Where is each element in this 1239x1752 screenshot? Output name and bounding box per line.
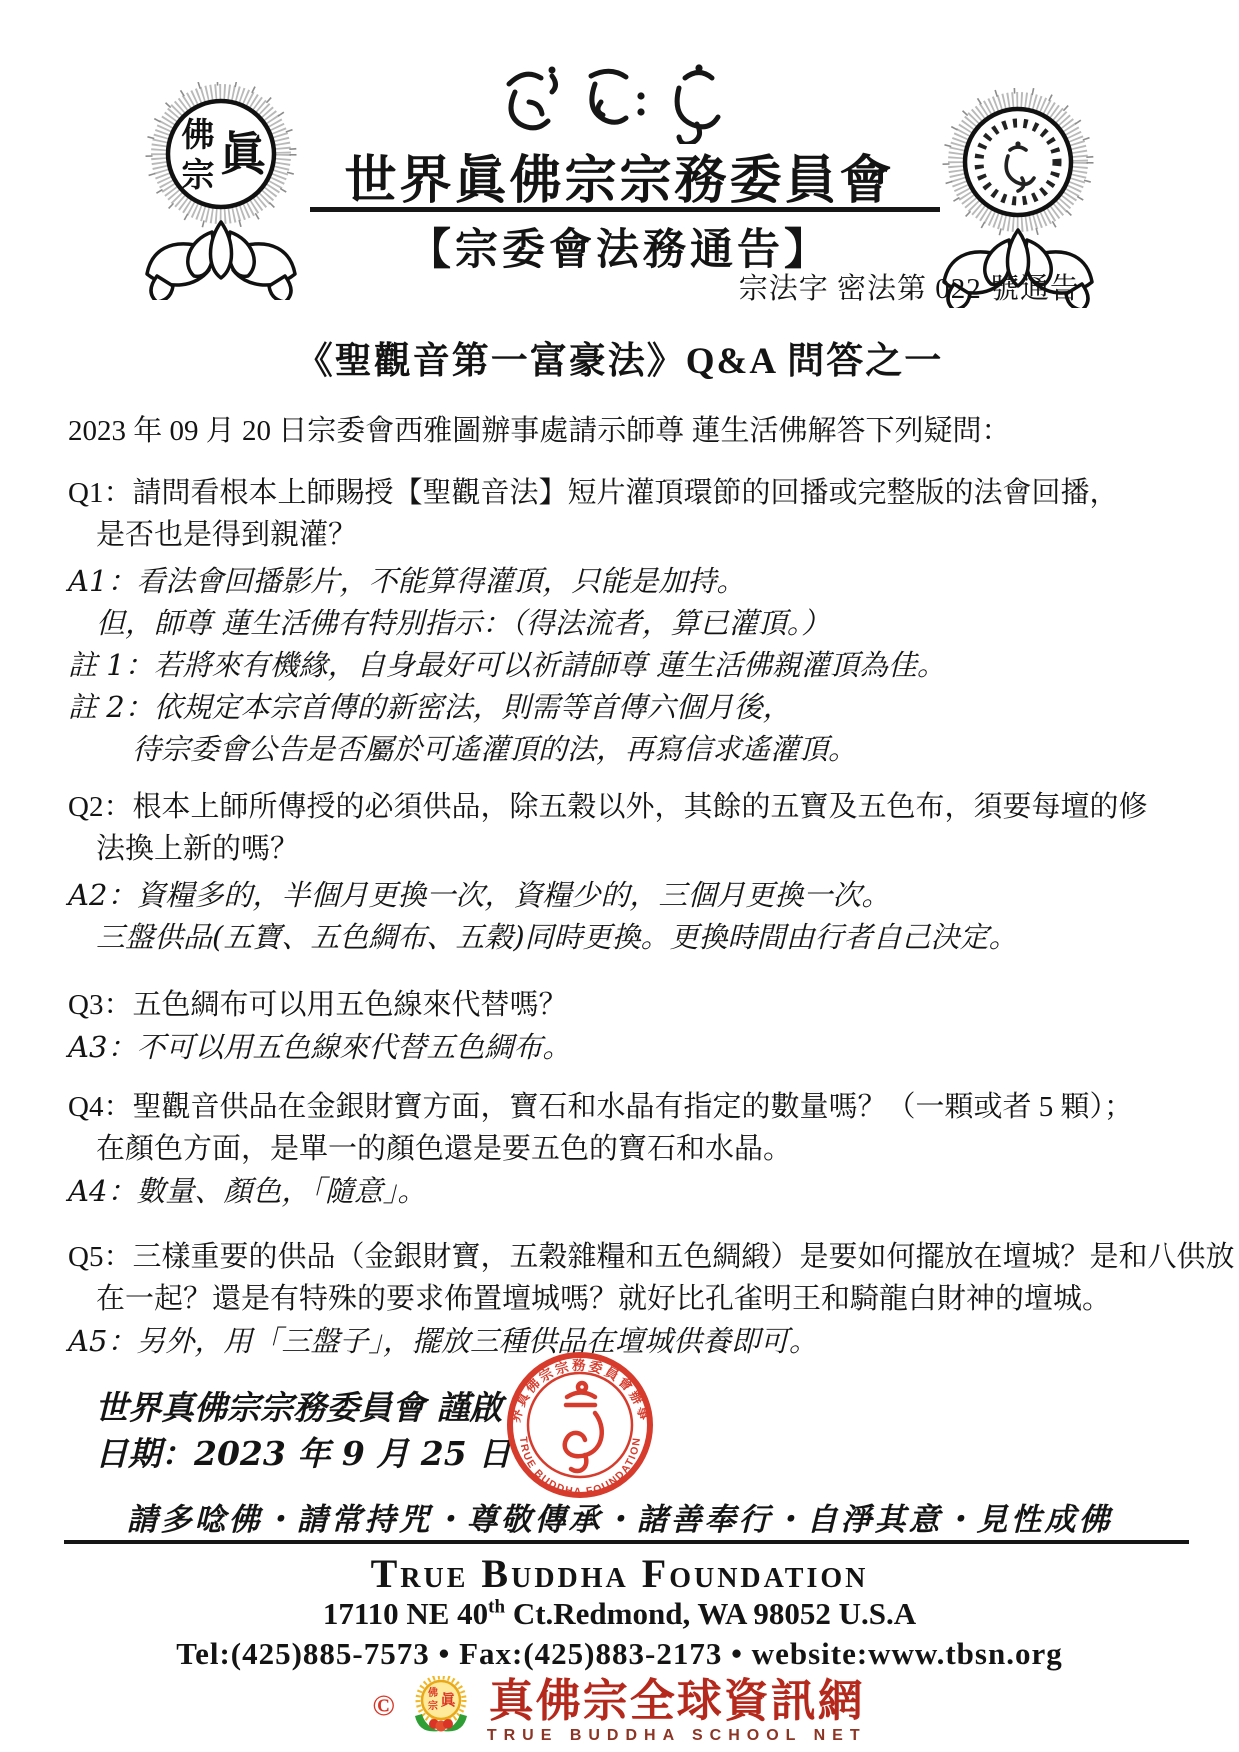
org-title: 世界眞佛宗宗務委員會: [0, 138, 1239, 213]
svg-text:眞: 眞: [440, 1691, 456, 1709]
svg-text:佛: 佛: [427, 1686, 438, 1699]
answer-line-a2-cont: 三盤供品(五寶、五色綢布、五穀)同時更換。更換時間由行者自己決定。: [68, 916, 1199, 958]
title-underline: [310, 207, 940, 212]
answer-line-a4: A4：數量、顏色，「隨意」。: [68, 1170, 1199, 1212]
site-name-calligraphy: 真佛宗全球資訊網: [489, 1676, 865, 1726]
scanned-notice-page: 佛 眞 宗: [0, 0, 1239, 1752]
svg-text:宗: 宗: [428, 1699, 438, 1712]
intro-line: 2023 年 09 月 20 日宗委會西雅圖辦事處請示師尊 蓮生活佛解答下列疑問…: [68, 410, 1199, 452]
q3-label: Q3：: [68, 989, 132, 1021]
note-line-1: 註 1：若將來有機緣，自身最好可以祈請師尊 蓮生活佛親灌頂為佳。: [68, 644, 1199, 686]
a3-label: A3：: [68, 1030, 136, 1064]
answer-line-a1: A1：看法會回播影片，不能算得灌頂，只能是加持。: [68, 560, 1199, 602]
a1-label: A1：: [68, 564, 136, 598]
footer-divider: [64, 1540, 1189, 1544]
question-line-q2: Q2：根本上師所傳授的必須供品，除五穀以外，其餘的五寶及五色布，須要每壇的修: [68, 786, 1199, 828]
foundation-stamp-icon: 世界真佛宗宗務委員會辦事處 TRUE BUDDHA FOUNDATION: [505, 1350, 655, 1505]
notice-number: 宗法字 密法第 022 號通告: [739, 266, 1080, 307]
notice-header: 佛 眞 宗: [0, 0, 1239, 400]
question-line-q3: Q3：五色綢布可以用五色線來代替嗎？: [68, 984, 1199, 1026]
q1-label: Q1：: [68, 477, 132, 509]
site-logo: © 佛 眞 宗 真佛宗全球資訊網 TRUE BUDDHA SCHOOL NET: [0, 1676, 1239, 1745]
answer-line-a1-cont: 但，師尊 蓮生活佛有特別指示：（得法流者，算已灌頂。）: [68, 602, 1199, 644]
ordinal-suffix: th: [488, 1597, 505, 1618]
question-line-q4: Q4：聖觀音供品在金銀財寶方面，寶石和水晶有指定的數量嗎？（一顆或者 5 顆）；: [68, 1086, 1199, 1128]
qa-body: 2023 年 09 月 20 日宗委會西雅圖辦事處請示師尊 蓮生活佛解答下列疑問…: [68, 400, 1199, 1362]
note2-label: 註 2：: [68, 690, 154, 724]
q2-label: Q2：: [68, 791, 132, 823]
question-line-q1-cont: 是否也是得到親灌？: [68, 514, 1199, 556]
answer-line-a2: A2：資糧多的，半個月更換一次，資糧少的，三個月更換一次。: [68, 874, 1199, 916]
contact-line: Tel:(425)885-7573 • Fax:(425)883-2173 • …: [0, 1636, 1239, 1672]
question-line-q5-cont: 在一起？還是有特殊的要求佈置壇城嗎？就好比孔雀明王和騎龍白財神的壇城。: [68, 1278, 1199, 1320]
q5-label: Q5：: [68, 1241, 132, 1273]
closing-block: 世界真佛宗宗務委員會 謹啟 日期：2023 年 9 月 25 日: [95, 1385, 511, 1477]
note-line-2: 註 2：依規定本宗首傳的新密法，則需等首傳六個月後，: [68, 686, 1199, 728]
site-name-english: TRUE BUDDHA SCHOOL NET: [487, 1727, 867, 1745]
copyright-icon: ©: [372, 1676, 394, 1736]
question-line-q2-cont: 法換上新的嗎？: [68, 828, 1199, 870]
answer-line-a3: A3：不可以用五色線來代替五色綢布。: [68, 1026, 1199, 1068]
a2-label: A2：: [68, 878, 136, 912]
note-line-2-cont: 待宗委會公告是否屬於可遙灌頂的法，再寫信求遙灌頂。: [68, 728, 1199, 770]
school-net-emblem-icon: 佛 眞 宗: [407, 1676, 475, 1742]
question-line-q1: Q1：請問看根本上師賜授【聖觀音法】短片灌頂環節的回播或完整版的法會回播，: [68, 472, 1199, 514]
q4-label: Q4：: [68, 1091, 132, 1123]
address-line: 17110 NE 40th Ct.Redmond, WA 98052 U.S.A: [0, 1596, 1239, 1632]
a4-label: A4：: [68, 1174, 136, 1208]
org-name-english: True Buddha Foundation: [0, 1550, 1239, 1597]
note1-label: 註 1：: [68, 648, 154, 682]
date-line: 日期：2023 年 9 月 25 日: [95, 1431, 511, 1477]
svg-text:TRUE BUDDHA FOUNDATION: TRUE BUDDHA FOUNDATION: [517, 1436, 643, 1498]
motto-line: 請多唸佛・請常持咒・尊敬傳承・諸善奉行・自淨其意・見性成佛: [0, 1494, 1239, 1539]
question-line-q4-cont: 在顏色方面，是單一的顏色還是要五色的寶石和水晶。: [68, 1128, 1199, 1170]
document-title: 《聖觀音第一富豪法》Q&A 問答之一: [0, 330, 1239, 384]
a5-label: A5：: [68, 1324, 136, 1358]
question-line-q5: Q5：三樣重要的供品（金銀財寶，五穀雜糧和五色綢緞）是要如何擺放在壇城？是和八供…: [68, 1236, 1199, 1278]
signoff-line: 世界真佛宗宗務委員會 謹啟: [95, 1385, 511, 1431]
